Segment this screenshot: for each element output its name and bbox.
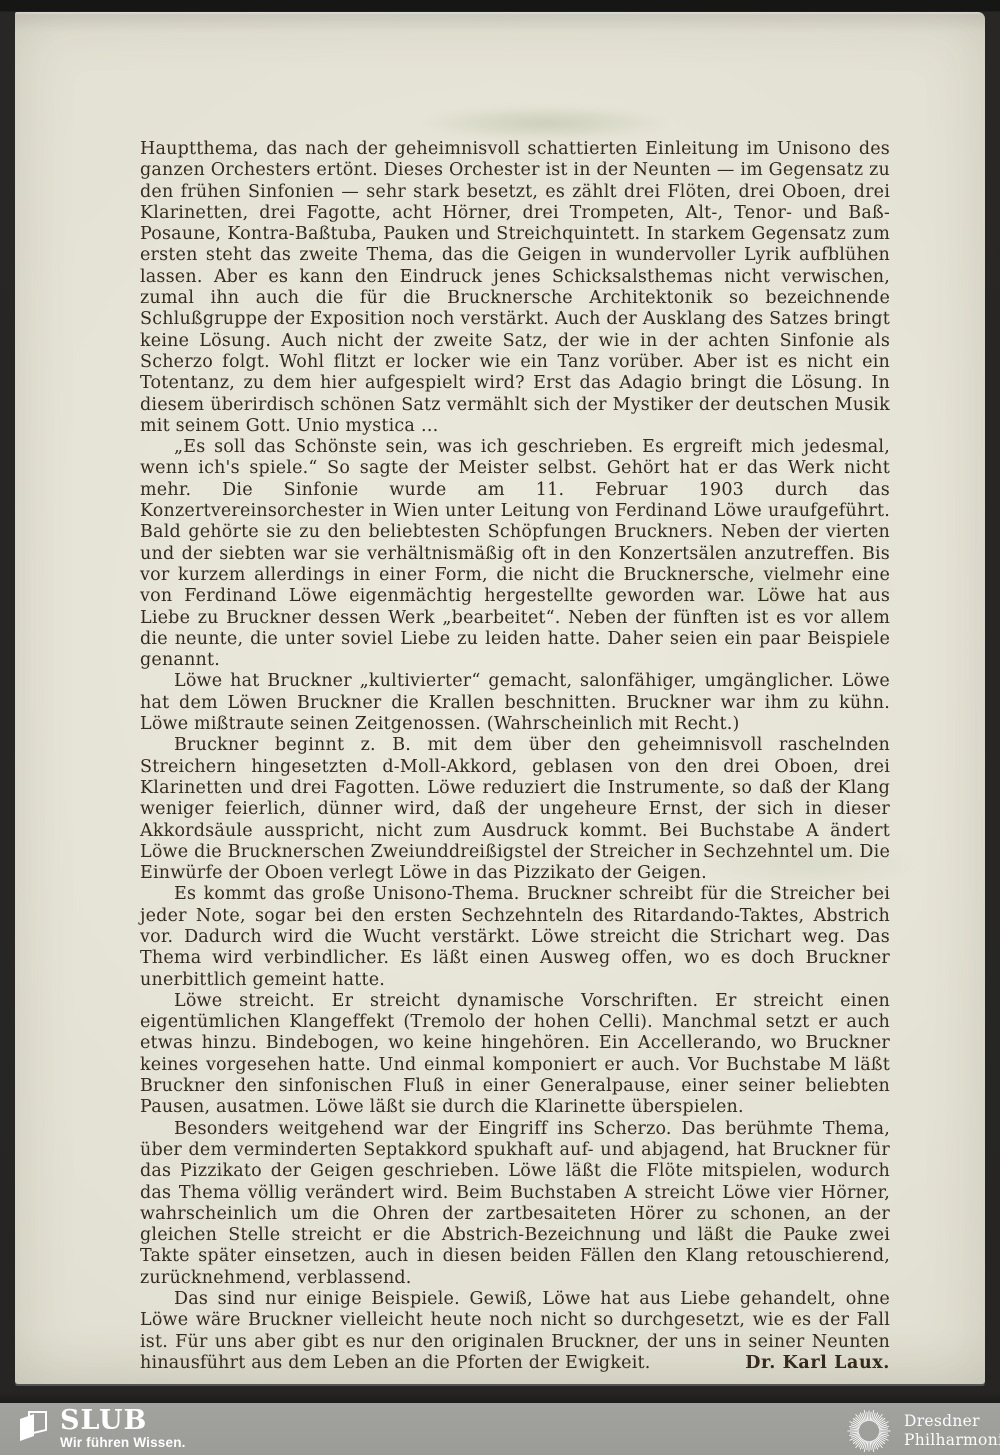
scan-viewer: Hauptthema, das nach der geheimnisvoll s… (0, 0, 1000, 1455)
slub-logo: SLUB Wir führen Wissen. (18, 1407, 186, 1451)
philharmonie-text: Dresdner Philharmonie (904, 1412, 1000, 1451)
scanned-page: Hauptthema, das nach der geheimnisvoll s… (15, 12, 985, 1384)
body-paragraph: „Es soll das Schönste sein, was ich gesc… (140, 437, 890, 671)
philharmonie-logo: Dresdner Philharmonie (846, 1408, 1000, 1454)
body-text: Hauptthema, das nach der geheimnisvoll s… (140, 139, 890, 1374)
slub-wordmark: SLUB (60, 1407, 186, 1435)
slub-book-icon (18, 1410, 48, 1442)
body-paragraph: Besonders weitgehend war der Eingriff in… (140, 1119, 890, 1289)
slub-tagline: Wir führen Wissen. (60, 1435, 186, 1451)
body-paragraph: Löwe streicht. Er streicht dynamische Vo… (140, 991, 890, 1119)
slub-text: SLUB Wir führen Wissen. (60, 1407, 186, 1451)
body-paragraph: Bruckner beginnt z. B. mit dem über den … (140, 735, 890, 884)
philharmonie-line2: Philharmonie (904, 1431, 1000, 1451)
body-paragraph: Löwe hat Bruckner „kultivierter“ gemacht… (140, 671, 890, 735)
philharmonie-line1: Dresdner (904, 1412, 1000, 1432)
bleed-through-title-smudge (420, 106, 670, 140)
footer-bar: SLUB Wir führen Wissen. Dresdner Philhar… (0, 1403, 1000, 1455)
body-paragraph: Hauptthema, das nach der geheimnisvoll s… (140, 139, 890, 437)
body-paragraph: Es kommt das große Unisono-Thema. Bruckn… (140, 884, 890, 990)
philharmonie-starburst-icon (846, 1408, 892, 1454)
